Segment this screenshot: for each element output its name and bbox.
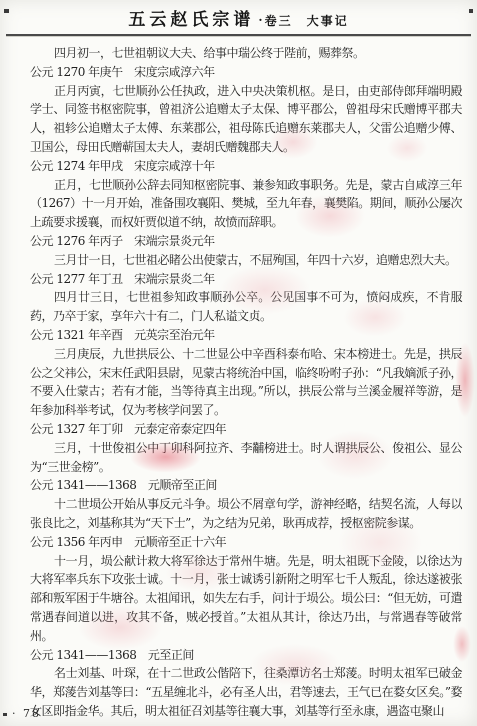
page-number: · 78 · xyxy=(12,707,52,720)
event-paragraph: 十二世埙公开始从事反元斗争。埙公不屑章句学，游神经略，结契名流，人每以张良比之，… xyxy=(30,495,462,533)
event-paragraph: 四月初一，七世祖朝议大夫、给事中瑞公终于陛前，赐葬祭。 xyxy=(30,44,462,63)
event-paragraph: 名士刘基、叶琛，在十二世政公偕陪下，往桑潭访名士郑蔆。时明太祖军已破金华，郑蔆告… xyxy=(30,664,462,720)
year-heading: 公元 1321 年辛酉 元英宗至治元年 xyxy=(30,326,462,345)
event-paragraph: 正月丙寅，七世顺孙公任执政，进入中央决策机枢。是日，由吏部侍郎拜端明殿学士、同签… xyxy=(30,82,462,157)
genealogy-scan-page: 五云赵氏宗谱·卷三 大事记 四月初一，七世祖朝议大夫、给事中瑞公终于陛前，赐葬祭… xyxy=(0,0,477,726)
chronicle-text-block: 四月初一，七世祖朝议大夫、给事中瑞公终于陛前，赐葬祭。 公元 1270 年庚午 … xyxy=(0,37,477,721)
year-heading: 公元 1356 年丙申 元顺帝至正十六年 xyxy=(30,533,462,552)
event-paragraph: 三月，十世俊祖公中丁卯科阿拉齐、李黼榜进士。时人谓拱辰公、俊祖公、显公为“三世金… xyxy=(30,439,462,477)
event-paragraph: 十一月，埙公献计救大将军徐达于常州牛塘。先是，明太祖既下金陵，以徐达为大将军率兵… xyxy=(30,552,462,646)
event-paragraph: 三月庚辰，九世拱辰公、十二世显公中辛酉科泰布哈、宋本榜进士。先是，拱辰公之父祎公… xyxy=(30,345,462,420)
page-header: 五云赵氏宗谱·卷三 大事记 xyxy=(0,0,477,30)
year-heading: 公元 1341——1368 元至正间 xyxy=(30,646,462,665)
year-heading: 公元 1327 年丁卯 元泰定帝泰定四年 xyxy=(30,420,462,439)
year-heading: 公元 1274 年甲戌 宋度宗咸淳十年 xyxy=(30,157,462,176)
year-heading: 公元 1276 年丙子 宋端宗景炎元年 xyxy=(30,232,462,251)
year-heading: 公元 1277 年丁丑 宋端宗景炎二年 xyxy=(30,270,462,289)
volume-chapter-title: 卷三 大事记 xyxy=(265,14,349,28)
title-separator-dot: · xyxy=(258,13,262,27)
year-heading: 公元 1341——1368 元顺帝至正间 xyxy=(30,476,462,495)
event-paragraph: 三月廿一日，七世祖必睹公出使蒙古，不屈殉国，年四十六岁，追赠忠烈大夫。 xyxy=(30,251,462,270)
event-paragraph: 正月，七世顺孙公辞去同知枢密院事、兼参知政事职务。先是，蒙古自咸淳三年（1267… xyxy=(30,176,462,232)
year-heading: 公元 1270 年庚午 宋度宗咸淳六年 xyxy=(30,63,462,82)
book-title: 五云赵氏宗谱 xyxy=(128,10,254,30)
event-paragraph: 四月廿三日，七世祖参知政事顺孙公卒。公见国事不可为，愤闷成疾，不肯服药，乃卒于家… xyxy=(30,288,462,326)
